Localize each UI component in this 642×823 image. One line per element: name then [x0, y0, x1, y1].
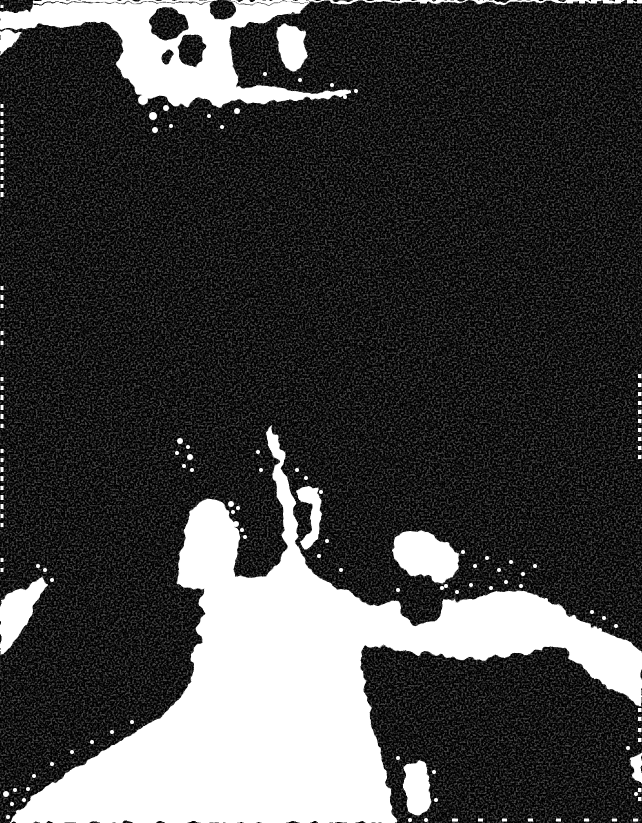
photo-canvas: [0, 0, 642, 823]
photograph: [0, 0, 642, 823]
film-grain-overlay: [0, 0, 642, 823]
